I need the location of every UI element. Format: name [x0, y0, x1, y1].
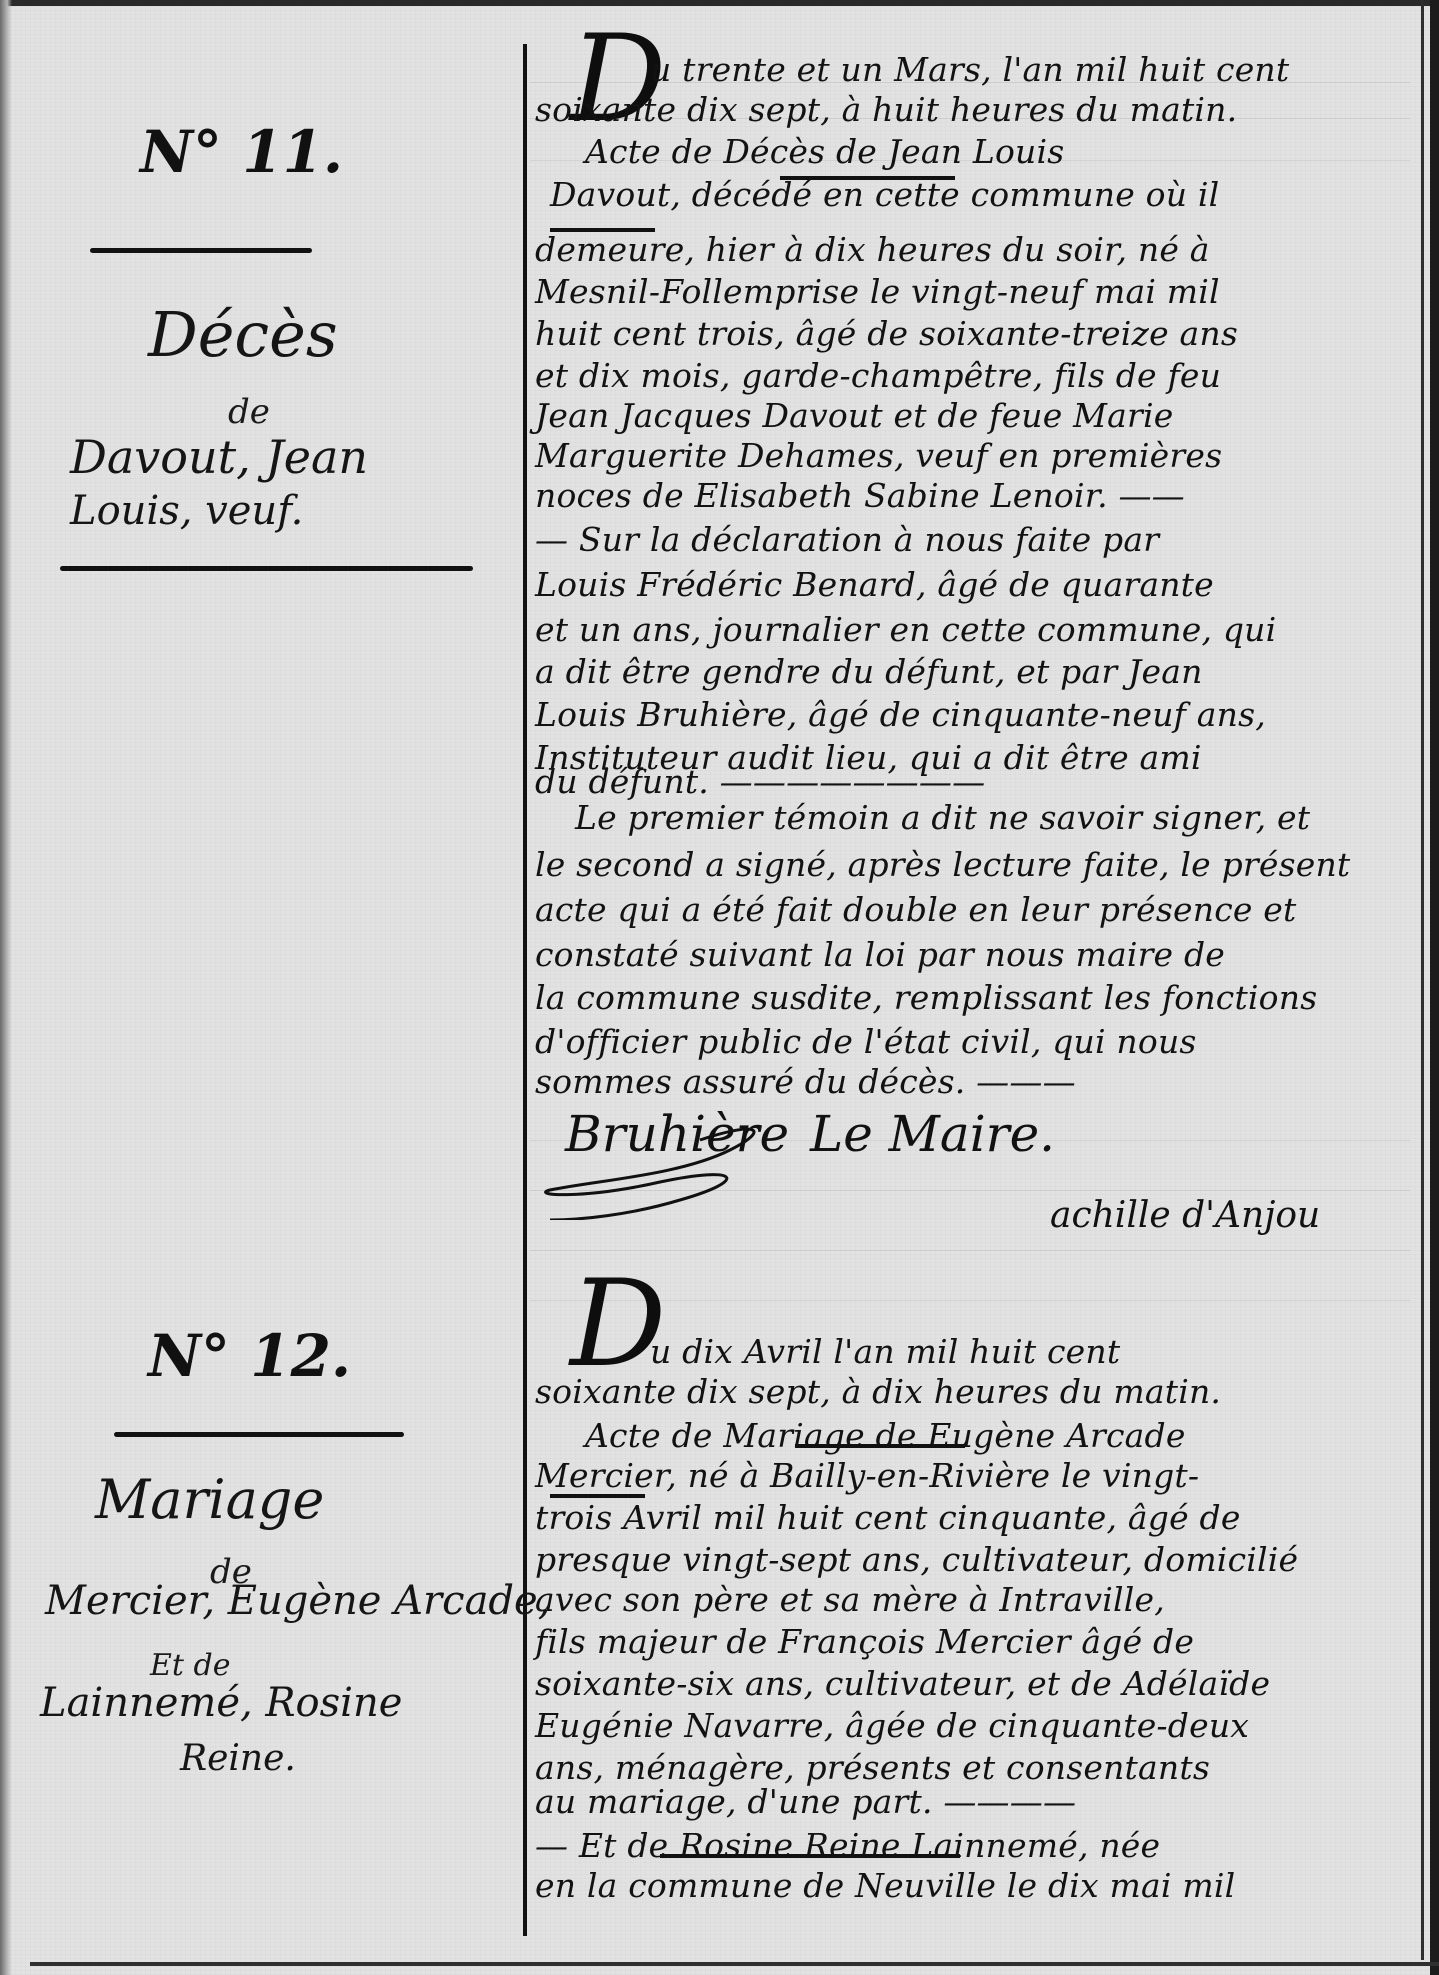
act-type-title: Mariage [95, 1468, 324, 1531]
text-line: demeure, hier à dix heures du soir, né à [535, 230, 1210, 269]
text-line: constaté suivant la loi par nous maire d… [535, 935, 1225, 974]
deceased-name-line1: Davout, Jean [70, 430, 368, 484]
text-line: soixante dix sept, à huit heures du mati… [535, 90, 1237, 129]
text-line: la commune susdite, remplissant les fonc… [535, 978, 1317, 1017]
text-line: sommes assuré du décès. ——— [535, 1062, 1076, 1101]
text-line: Le premier témoin a dit ne savoir signer… [575, 798, 1310, 837]
text-line: et un ans, journalier en cette commune, … [535, 610, 1276, 649]
registry-page: N° 11. Décès de Davout, Jean Louis, veuf… [0, 0, 1439, 1975]
text-line: fils majeur de François Mercier âgé de [535, 1622, 1194, 1661]
groom-name: Mercier, Eugène Arcade, [45, 1578, 550, 1624]
right-border-rule [1421, 0, 1424, 1960]
entry-number: N° 12. [148, 1322, 351, 1390]
text-line: noces de Elisabeth Sabine Lenoir. —— [535, 476, 1185, 515]
text-line: presque vingt-sept ans, cultivateur, dom… [535, 1540, 1298, 1579]
text-line: et dix mois, garde-champêtre, fils de fe… [535, 356, 1221, 395]
act-type-title: Décès [148, 298, 338, 371]
text-line: Eugénie Navarre, âgée de cinquante-deux [535, 1706, 1249, 1745]
page-binding-edge [0, 0, 12, 1975]
text-line: Acte de Mariage de Eugène Arcade [585, 1416, 1186, 1455]
text-line: le second a signé, après lecture faite, … [535, 845, 1350, 884]
text-line: u trente et un Mars, l'an mil huit cent [650, 50, 1289, 89]
text-line: Mercier, né à Bailly-en-Rivière le vingt… [535, 1456, 1199, 1495]
text-line: Jean Jacques Davout et de feue Marie [535, 396, 1174, 435]
text-line: au mariage, d'une part. ———— [535, 1782, 1076, 1821]
number-underline [114, 1432, 404, 1437]
text-line: Louis Bruhière, âgé de cinquante-neuf an… [535, 695, 1266, 734]
text-line: Acte de Décès de Jean Louis [585, 132, 1064, 171]
text-line: du défunt. ———————— [535, 762, 985, 801]
page-right-edge [1430, 0, 1439, 1975]
mayor-signature: achille d'Anjou [1050, 1195, 1320, 1236]
margin-divider-line [523, 44, 527, 1936]
bride-name-line2: Reine. [180, 1738, 296, 1779]
text-line: — Sur la déclaration à nous faite par [535, 520, 1159, 559]
entry-11-body: D u trente et un Mars, l'an mil huit cen… [530, 0, 1410, 1300]
text-line: Davout, décédé en cette commune où il [550, 175, 1219, 214]
number-underline [90, 248, 312, 253]
name-underline [660, 1854, 960, 1858]
text-line: — Et de Rosine Reine Lainnemé, née [535, 1826, 1160, 1865]
deceased-name-line2: Louis, veuf. [70, 488, 303, 534]
text-line: d'officier public de l'état civil, qui n… [535, 1022, 1197, 1061]
bride-name-line1: Lainnemé, Rosine [40, 1680, 402, 1726]
text-line: avec son père et sa mère à Intraville, [535, 1580, 1165, 1619]
text-line: Marguerite Dehames, veuf en premières [535, 436, 1222, 475]
name-underline [795, 1444, 965, 1448]
entry-number: N° 11. [140, 118, 343, 186]
text-line: trois Avril mil huit cent cinquante, âgé… [535, 1498, 1241, 1537]
text-line: Mesnil-Follemprise le vingt-neuf mai mil [535, 272, 1220, 311]
mayor-title: Le Maire. [810, 1105, 1055, 1163]
text-line: huit cent trois, âgé de soixante-treize … [535, 314, 1238, 353]
text-line: acte qui a été fait double en leur prése… [535, 890, 1296, 929]
text-line: Louis Frédéric Benard, âgé de quarante [535, 565, 1214, 604]
text-line: u dix Avril l'an mil huit cent [650, 1332, 1120, 1371]
text-line: en la commune de Neuville le dix mai mil [535, 1866, 1235, 1905]
text-line: a dit être gendre du défunt, et par Jean [535, 652, 1203, 691]
et-de-label: Et de [150, 1648, 230, 1683]
entry-12-body: D u dix Avril l'an mil huit cent soixant… [530, 1270, 1410, 1970]
signature-flourish [540, 1120, 840, 1220]
text-line: soixante dix sept, à dix heures du matin… [535, 1372, 1221, 1411]
de-label: de [228, 392, 270, 432]
text-line: soixante-six ans, cultivateur, et de Adé… [535, 1664, 1270, 1703]
margin-section-rule [60, 566, 473, 571]
